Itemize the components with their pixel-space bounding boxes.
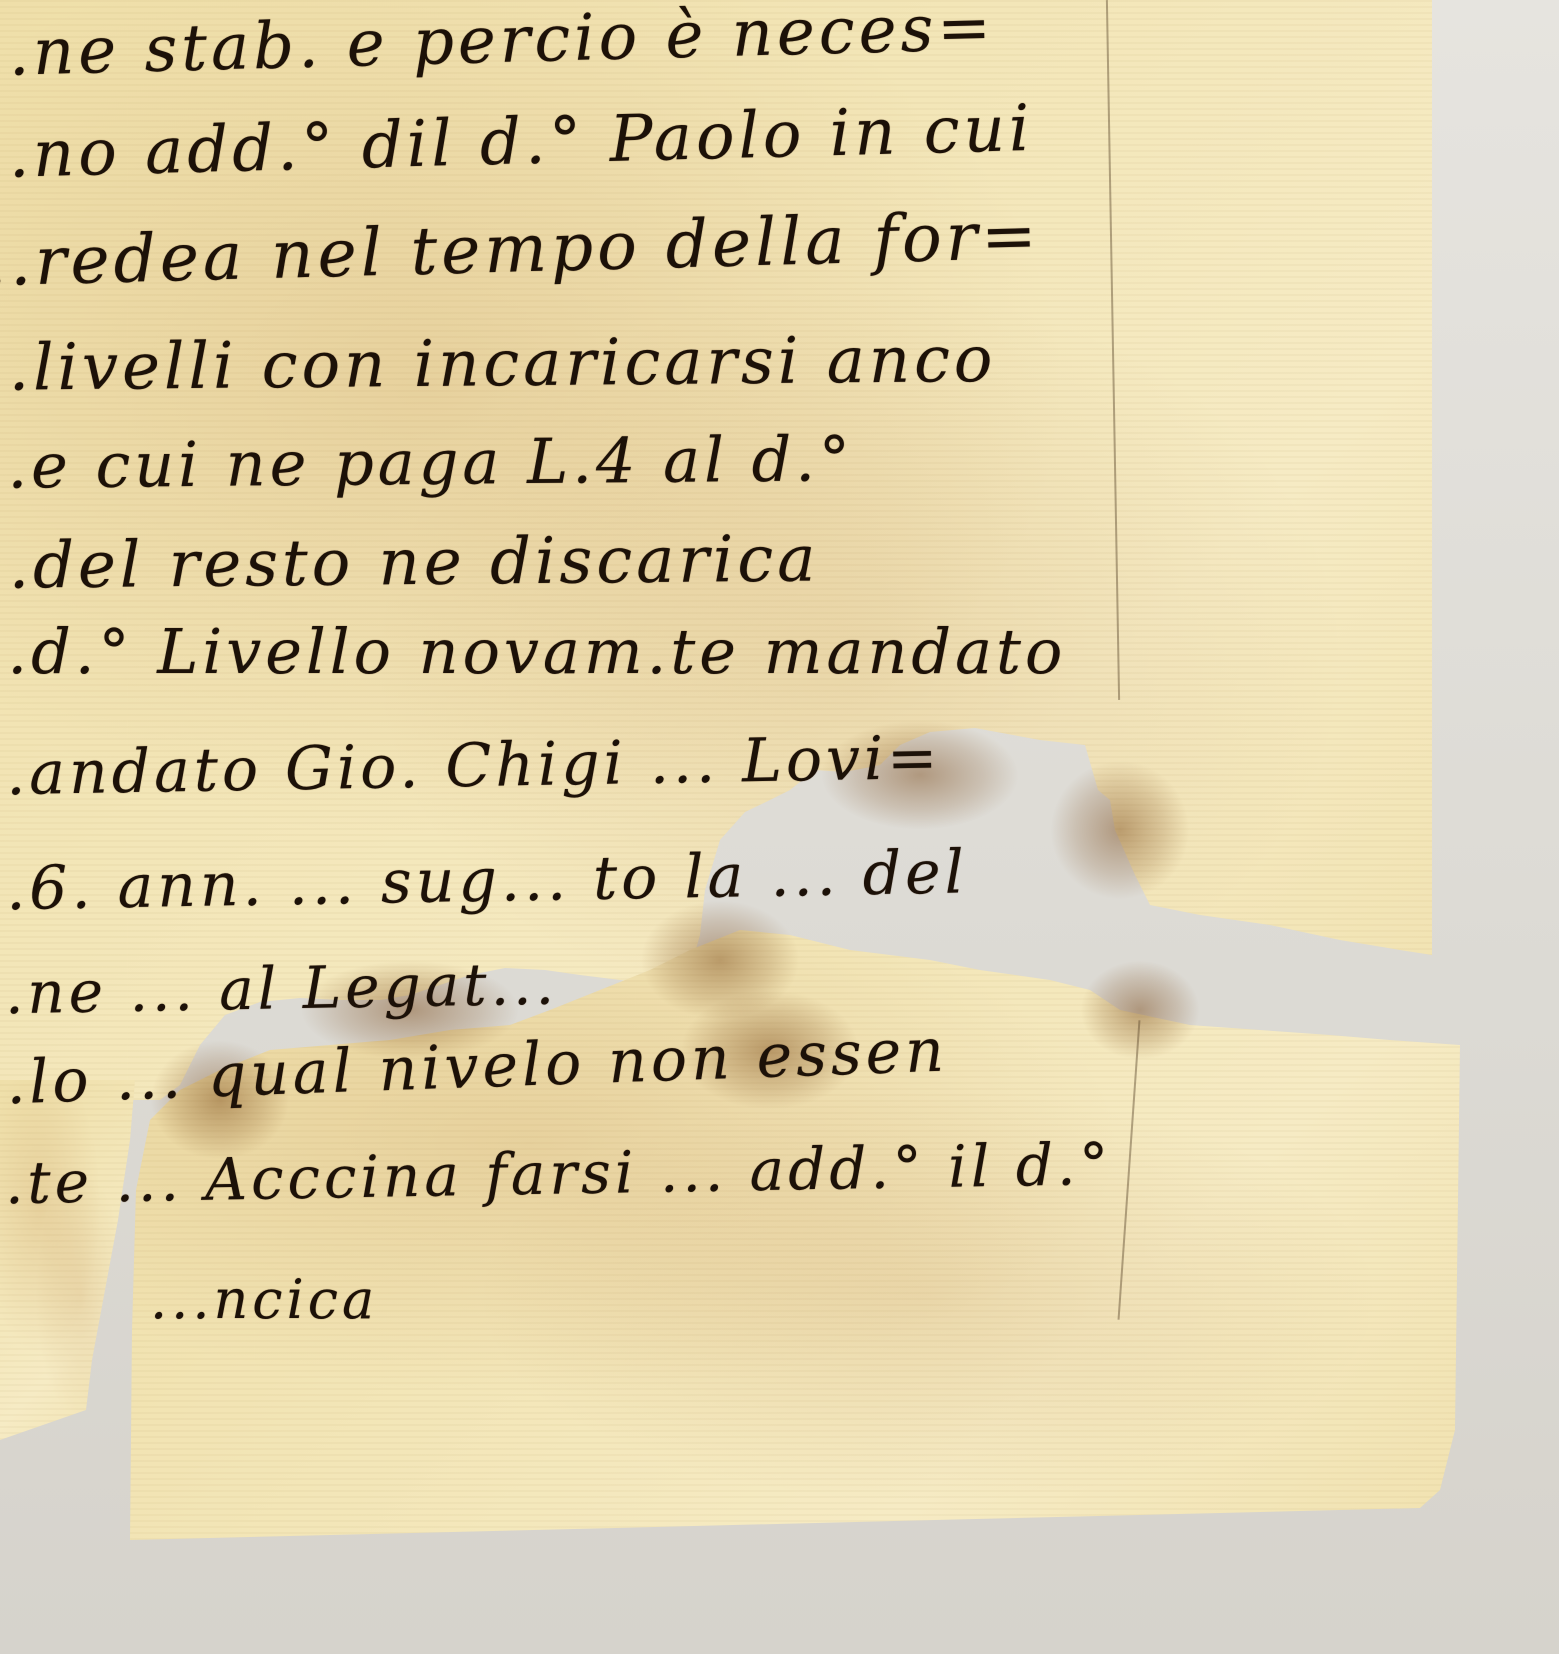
manuscript-line: ...ne ... al Legat... <box>0 950 558 1028</box>
manuscript-line: ...d.° Livello novam.te mandato <box>0 615 1066 688</box>
manuscript-line: ...del resto ne discarica <box>0 523 820 604</box>
manuscript-line: ...livelli con incaricarsi anco <box>0 323 997 406</box>
manuscript-line: ...e cui ne paga L.4 al d.° <box>0 422 854 503</box>
manuscript-line: ...ncica <box>150 1268 378 1331</box>
